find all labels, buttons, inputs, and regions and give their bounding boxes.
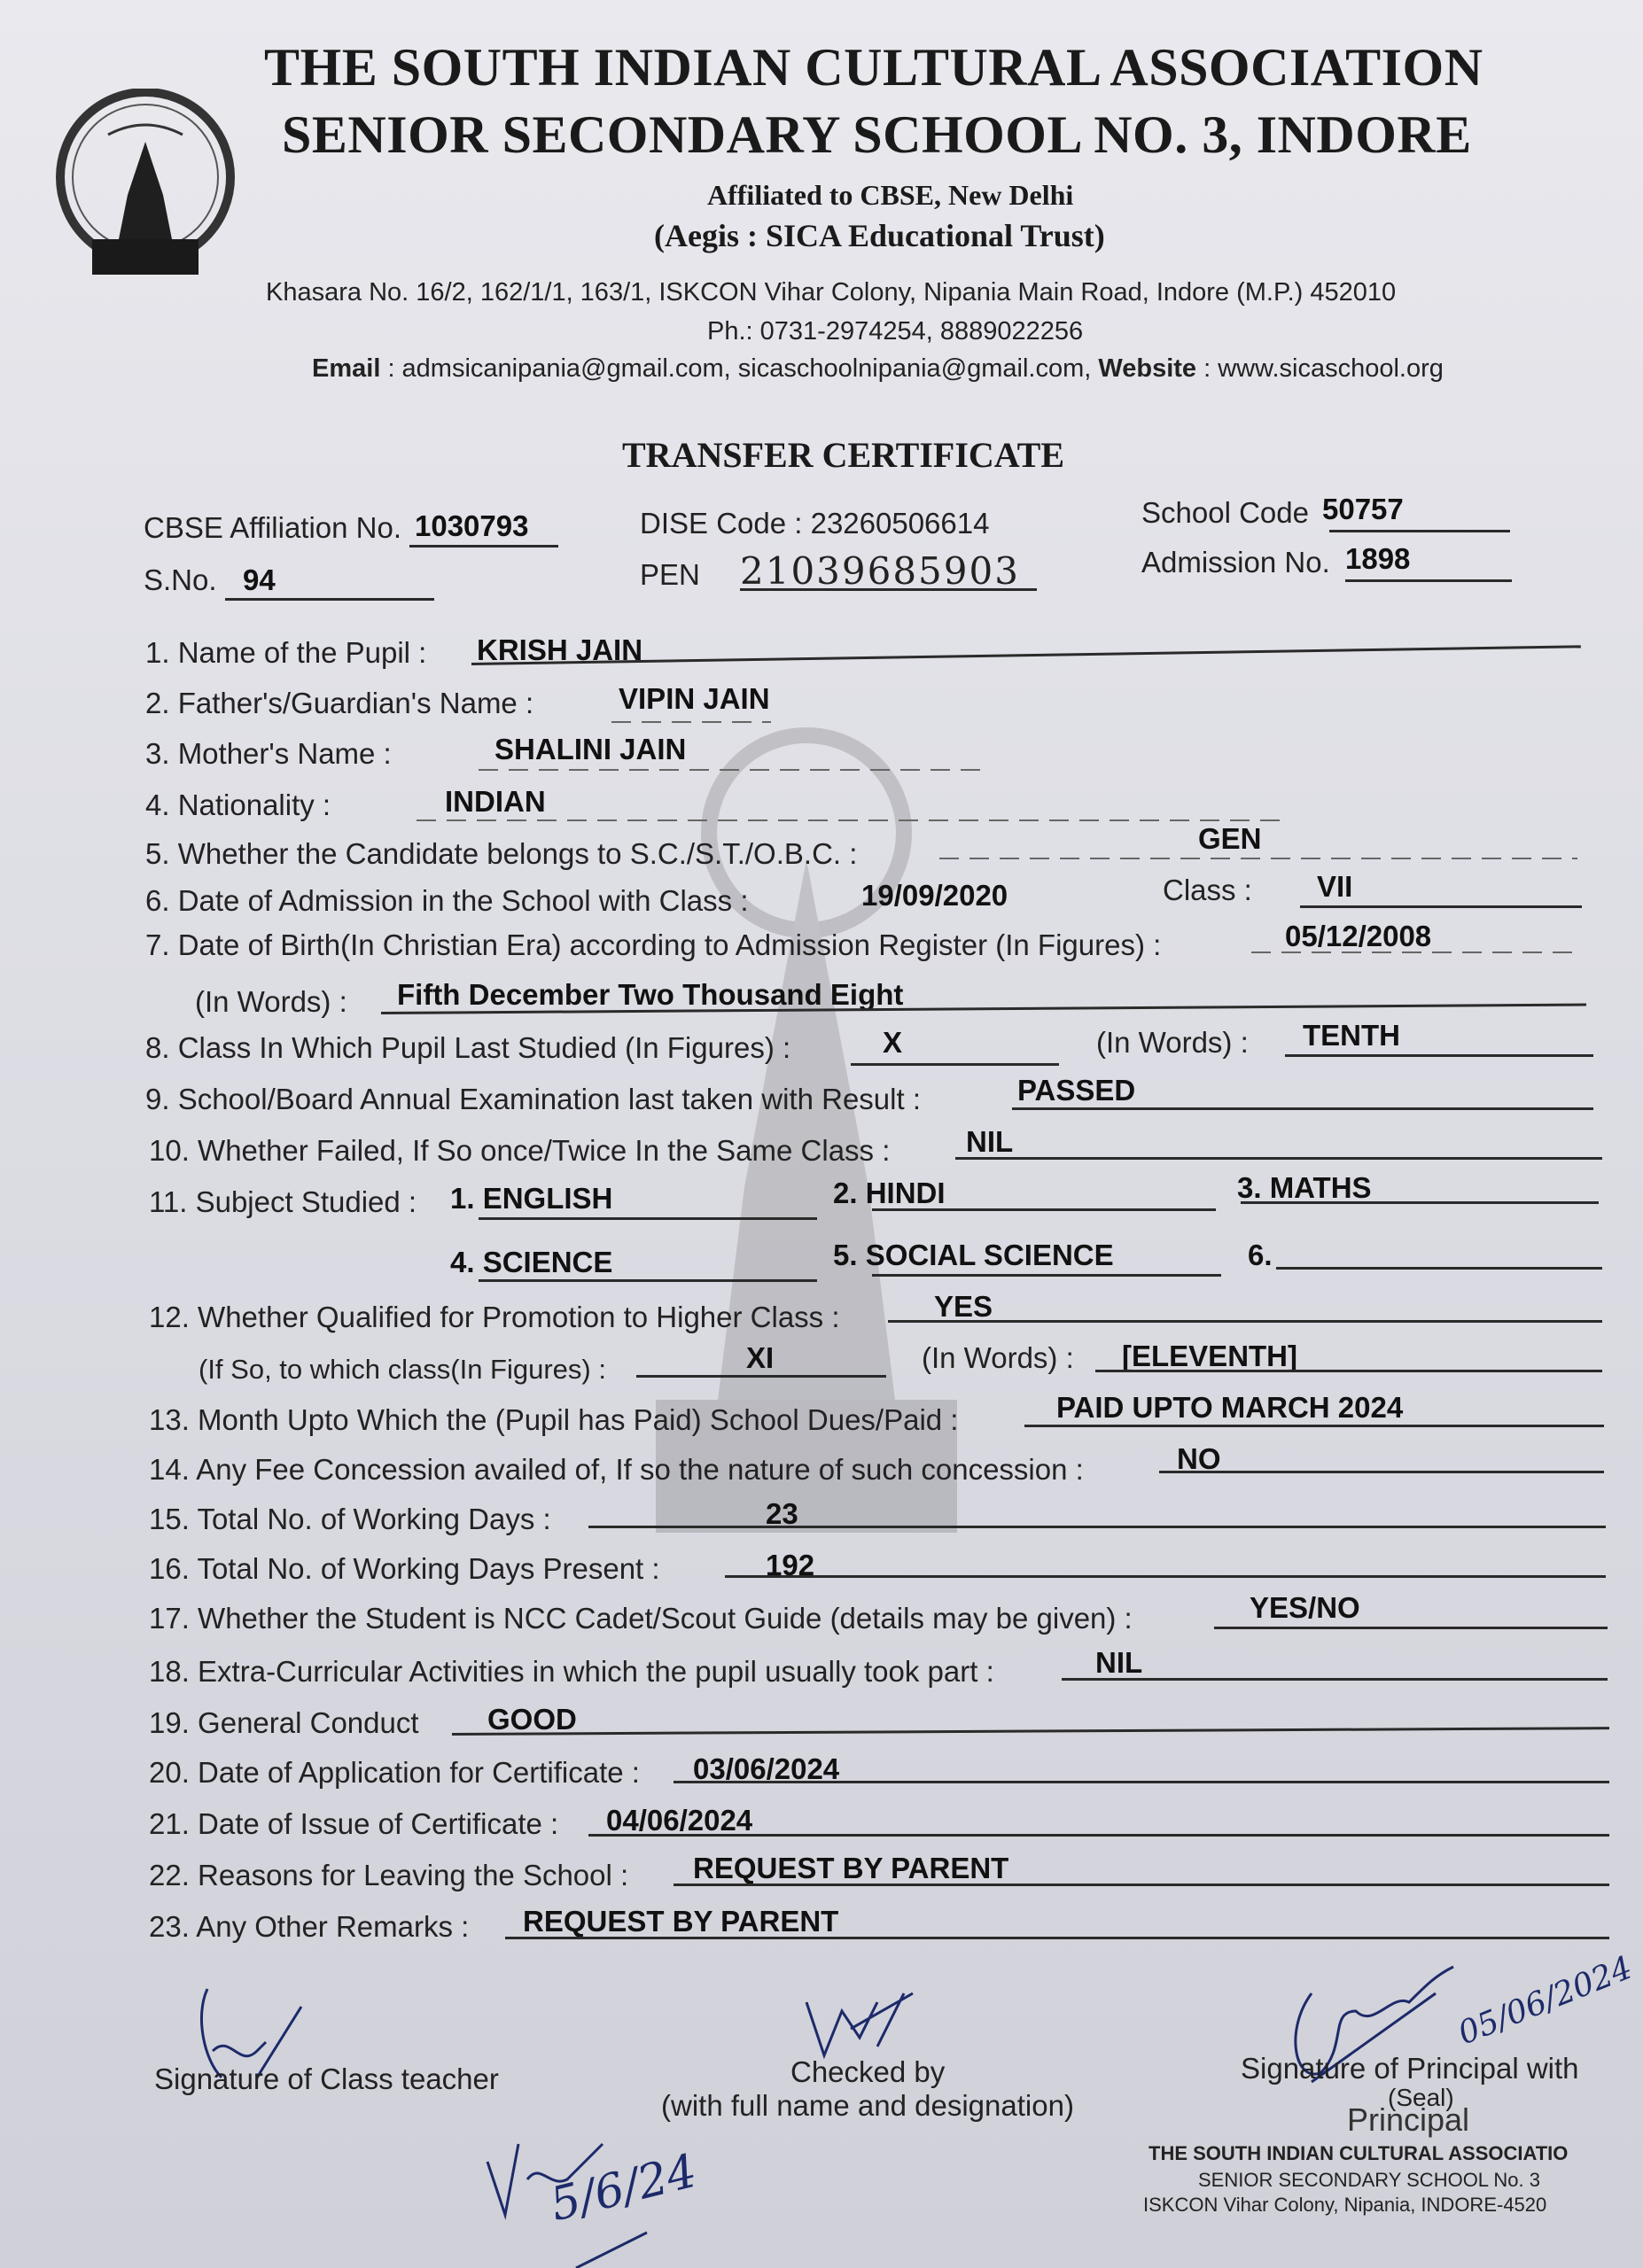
promotion-words-label: (In Words) : bbox=[922, 1341, 1074, 1375]
ncc-value: YES/NO bbox=[1250, 1591, 1360, 1625]
class-teacher-signature-label: Signature of Class teacher bbox=[154, 2062, 499, 2096]
leaving-reason-label: 22. Reasons for Leaving the School : bbox=[149, 1859, 628, 1892]
cbse-affiliation-label: CBSE Affiliation No. bbox=[144, 511, 401, 545]
promotion-words-value: [ELEVENTH] bbox=[1122, 1340, 1297, 1373]
subjects-label: 11. Subject Studied : bbox=[149, 1185, 417, 1219]
school-code-value: 50757 bbox=[1322, 493, 1404, 526]
page-title: TRANSFER CERTIFICATE bbox=[622, 434, 1064, 476]
nationality-label: 4. Nationality : bbox=[145, 788, 331, 822]
org-name-line1: THE SOUTH INDIAN CULTURAL ASSOCIATION bbox=[264, 37, 1483, 98]
principal-signature-label: Signature of Principal with bbox=[1241, 2052, 1579, 2085]
admission-class-value: VII bbox=[1317, 870, 1352, 904]
conduct-label: 19. General Conduct bbox=[149, 1706, 419, 1740]
dob-value: 05/12/2008 bbox=[1285, 920, 1431, 953]
admission-class-label: Class : bbox=[1163, 874, 1252, 907]
checked-by-label: Checked by bbox=[790, 2055, 945, 2089]
address: Khasara No. 16/2, 162/1/1, 163/1, ISKCON… bbox=[266, 278, 1396, 307]
last-class-value: X bbox=[883, 1026, 902, 1060]
pen-label: PEN bbox=[640, 558, 700, 592]
extracurricular-value: NIL bbox=[1095, 1646, 1142, 1680]
website-value[interactable]: : www.sicaschool.org bbox=[1203, 354, 1444, 383]
dob-label: 7. Date of Birth(In Christian Era) accor… bbox=[145, 928, 1161, 962]
subject-4: 4. SCIENCE bbox=[450, 1246, 612, 1279]
father-name-label: 2. Father's/Guardian's Name : bbox=[145, 687, 533, 720]
email-label: Email bbox=[312, 354, 380, 383]
admission-date-label: 6. Date of Admission in the School with … bbox=[145, 884, 749, 918]
nationality-value: INDIAN bbox=[445, 785, 546, 819]
conduct-value: GOOD bbox=[487, 1703, 577, 1736]
mother-name-value: SHALINI JAIN bbox=[494, 733, 686, 766]
remarks-label: 23. Any Other Remarks : bbox=[149, 1910, 469, 1944]
leaving-reason-value: REQUEST BY PARENT bbox=[693, 1852, 1008, 1885]
category-value: GEN bbox=[1198, 822, 1262, 856]
admission-value: 1898 bbox=[1345, 542, 1410, 576]
failed-label: 10. Whether Failed, If So once/Twice In … bbox=[149, 1134, 890, 1168]
dise-code: DISE Code : 23260506614 bbox=[640, 507, 989, 540]
email-value[interactable]: : admsicanipania@gmail.com, sicaschoolni… bbox=[387, 354, 1091, 383]
temple-emblem-icon bbox=[55, 89, 237, 276]
dob-words-label: (In Words) : bbox=[195, 985, 347, 1019]
admission-date-value: 19/09/2020 bbox=[861, 879, 1008, 913]
sno-label: S.No. bbox=[144, 563, 217, 597]
seal-line3: ISKCON Vihar Colony, Nipania, INDORE-452… bbox=[1143, 2194, 1546, 2217]
checked-by-signature-icon bbox=[798, 1984, 922, 2064]
dues-value: PAID UPTO MARCH 2024 bbox=[1056, 1391, 1403, 1425]
principal-title: Principal bbox=[1347, 2101, 1469, 2139]
website-label: Website bbox=[1098, 354, 1196, 383]
days-present-label: 16. Total No. of Working Days Present : bbox=[149, 1552, 660, 1586]
exam-result-value: PASSED bbox=[1017, 1074, 1135, 1107]
promotion-value: YES bbox=[934, 1290, 993, 1324]
seal-line1: THE SOUTH INDIAN CULTURAL ASSOCIATIO bbox=[1149, 2142, 1568, 2165]
promotion-class-label: (If So, to which class(In Figures) : bbox=[199, 1354, 606, 1386]
seal-line2: SENIOR SECONDARY SCHOOL No. 3 bbox=[1198, 2169, 1540, 2192]
application-date-label: 20. Date of Application for Certificate … bbox=[149, 1756, 640, 1790]
aegis: (Aegis : SICA Educational Trust) bbox=[654, 217, 1105, 254]
promotion-label: 12. Whether Qualified for Promotion to H… bbox=[149, 1301, 840, 1334]
org-name-line2: SENIOR SECONDARY SCHOOL NO. 3, INDORE bbox=[282, 105, 1472, 166]
working-days-label: 15. Total No. of Working Days : bbox=[149, 1503, 551, 1536]
father-name-value: VIPIN JAIN bbox=[619, 682, 770, 716]
last-class-label: 8. Class In Which Pupil Last Studied (In… bbox=[145, 1031, 790, 1065]
failed-value: NIL bbox=[966, 1125, 1013, 1159]
subject-3: 3. MATHS bbox=[1237, 1171, 1372, 1205]
sno-value: 94 bbox=[243, 563, 276, 597]
cbse-affiliation-value: 1030793 bbox=[415, 509, 528, 543]
last-class-words-value: TENTH bbox=[1303, 1019, 1400, 1052]
issue-date-value: 04/06/2024 bbox=[606, 1804, 752, 1837]
affiliation: Affiliated to CBSE, New Delhi bbox=[707, 179, 1073, 212]
promotion-class-value: XI bbox=[746, 1341, 774, 1375]
dob-words-value: Fifth December Two Thousand Eight bbox=[397, 978, 903, 1012]
remarks-value: REQUEST BY PARENT bbox=[523, 1905, 838, 1938]
pupil-name-label: 1. Name of the Pupil : bbox=[145, 636, 426, 670]
subject-1: 1. ENGLISH bbox=[450, 1182, 612, 1216]
pen-value: 21039685903 bbox=[740, 549, 1020, 593]
issue-date-label: 21. Date of Issue of Certificate : bbox=[149, 1807, 558, 1841]
fee-concession-label: 14. Any Fee Concession availed of, If so… bbox=[149, 1453, 1084, 1487]
admission-label: Admission No. bbox=[1141, 546, 1330, 579]
mother-name-label: 3. Mother's Name : bbox=[145, 737, 392, 771]
category-label: 5. Whether the Candidate belongs to S.C.… bbox=[145, 837, 857, 871]
extracurricular-label: 18. Extra-Curricular Activities in which… bbox=[149, 1655, 994, 1689]
exam-result-label: 9. School/Board Annual Examination last … bbox=[145, 1083, 921, 1116]
contact-line: Email : admsicanipania@gmail.com, sicasc… bbox=[312, 354, 1444, 384]
ncc-label: 17. Whether the Student is NCC Cadet/Sco… bbox=[149, 1602, 1133, 1635]
phone: Ph.: 0731-2974254, 8889022256 bbox=[707, 317, 1083, 346]
subject-5: 5. SOCIAL SCIENCE bbox=[833, 1239, 1114, 1272]
last-class-words-label: (In Words) : bbox=[1096, 1026, 1249, 1060]
subject-2: 2. HINDI bbox=[833, 1177, 946, 1210]
school-code-label: School Code bbox=[1141, 496, 1309, 530]
subject-6: 6. bbox=[1248, 1239, 1273, 1272]
checked-by-sublabel: (with full name and designation) bbox=[661, 2089, 1074, 2123]
dues-label: 13. Month Upto Which the (Pupil has Paid… bbox=[149, 1403, 958, 1437]
